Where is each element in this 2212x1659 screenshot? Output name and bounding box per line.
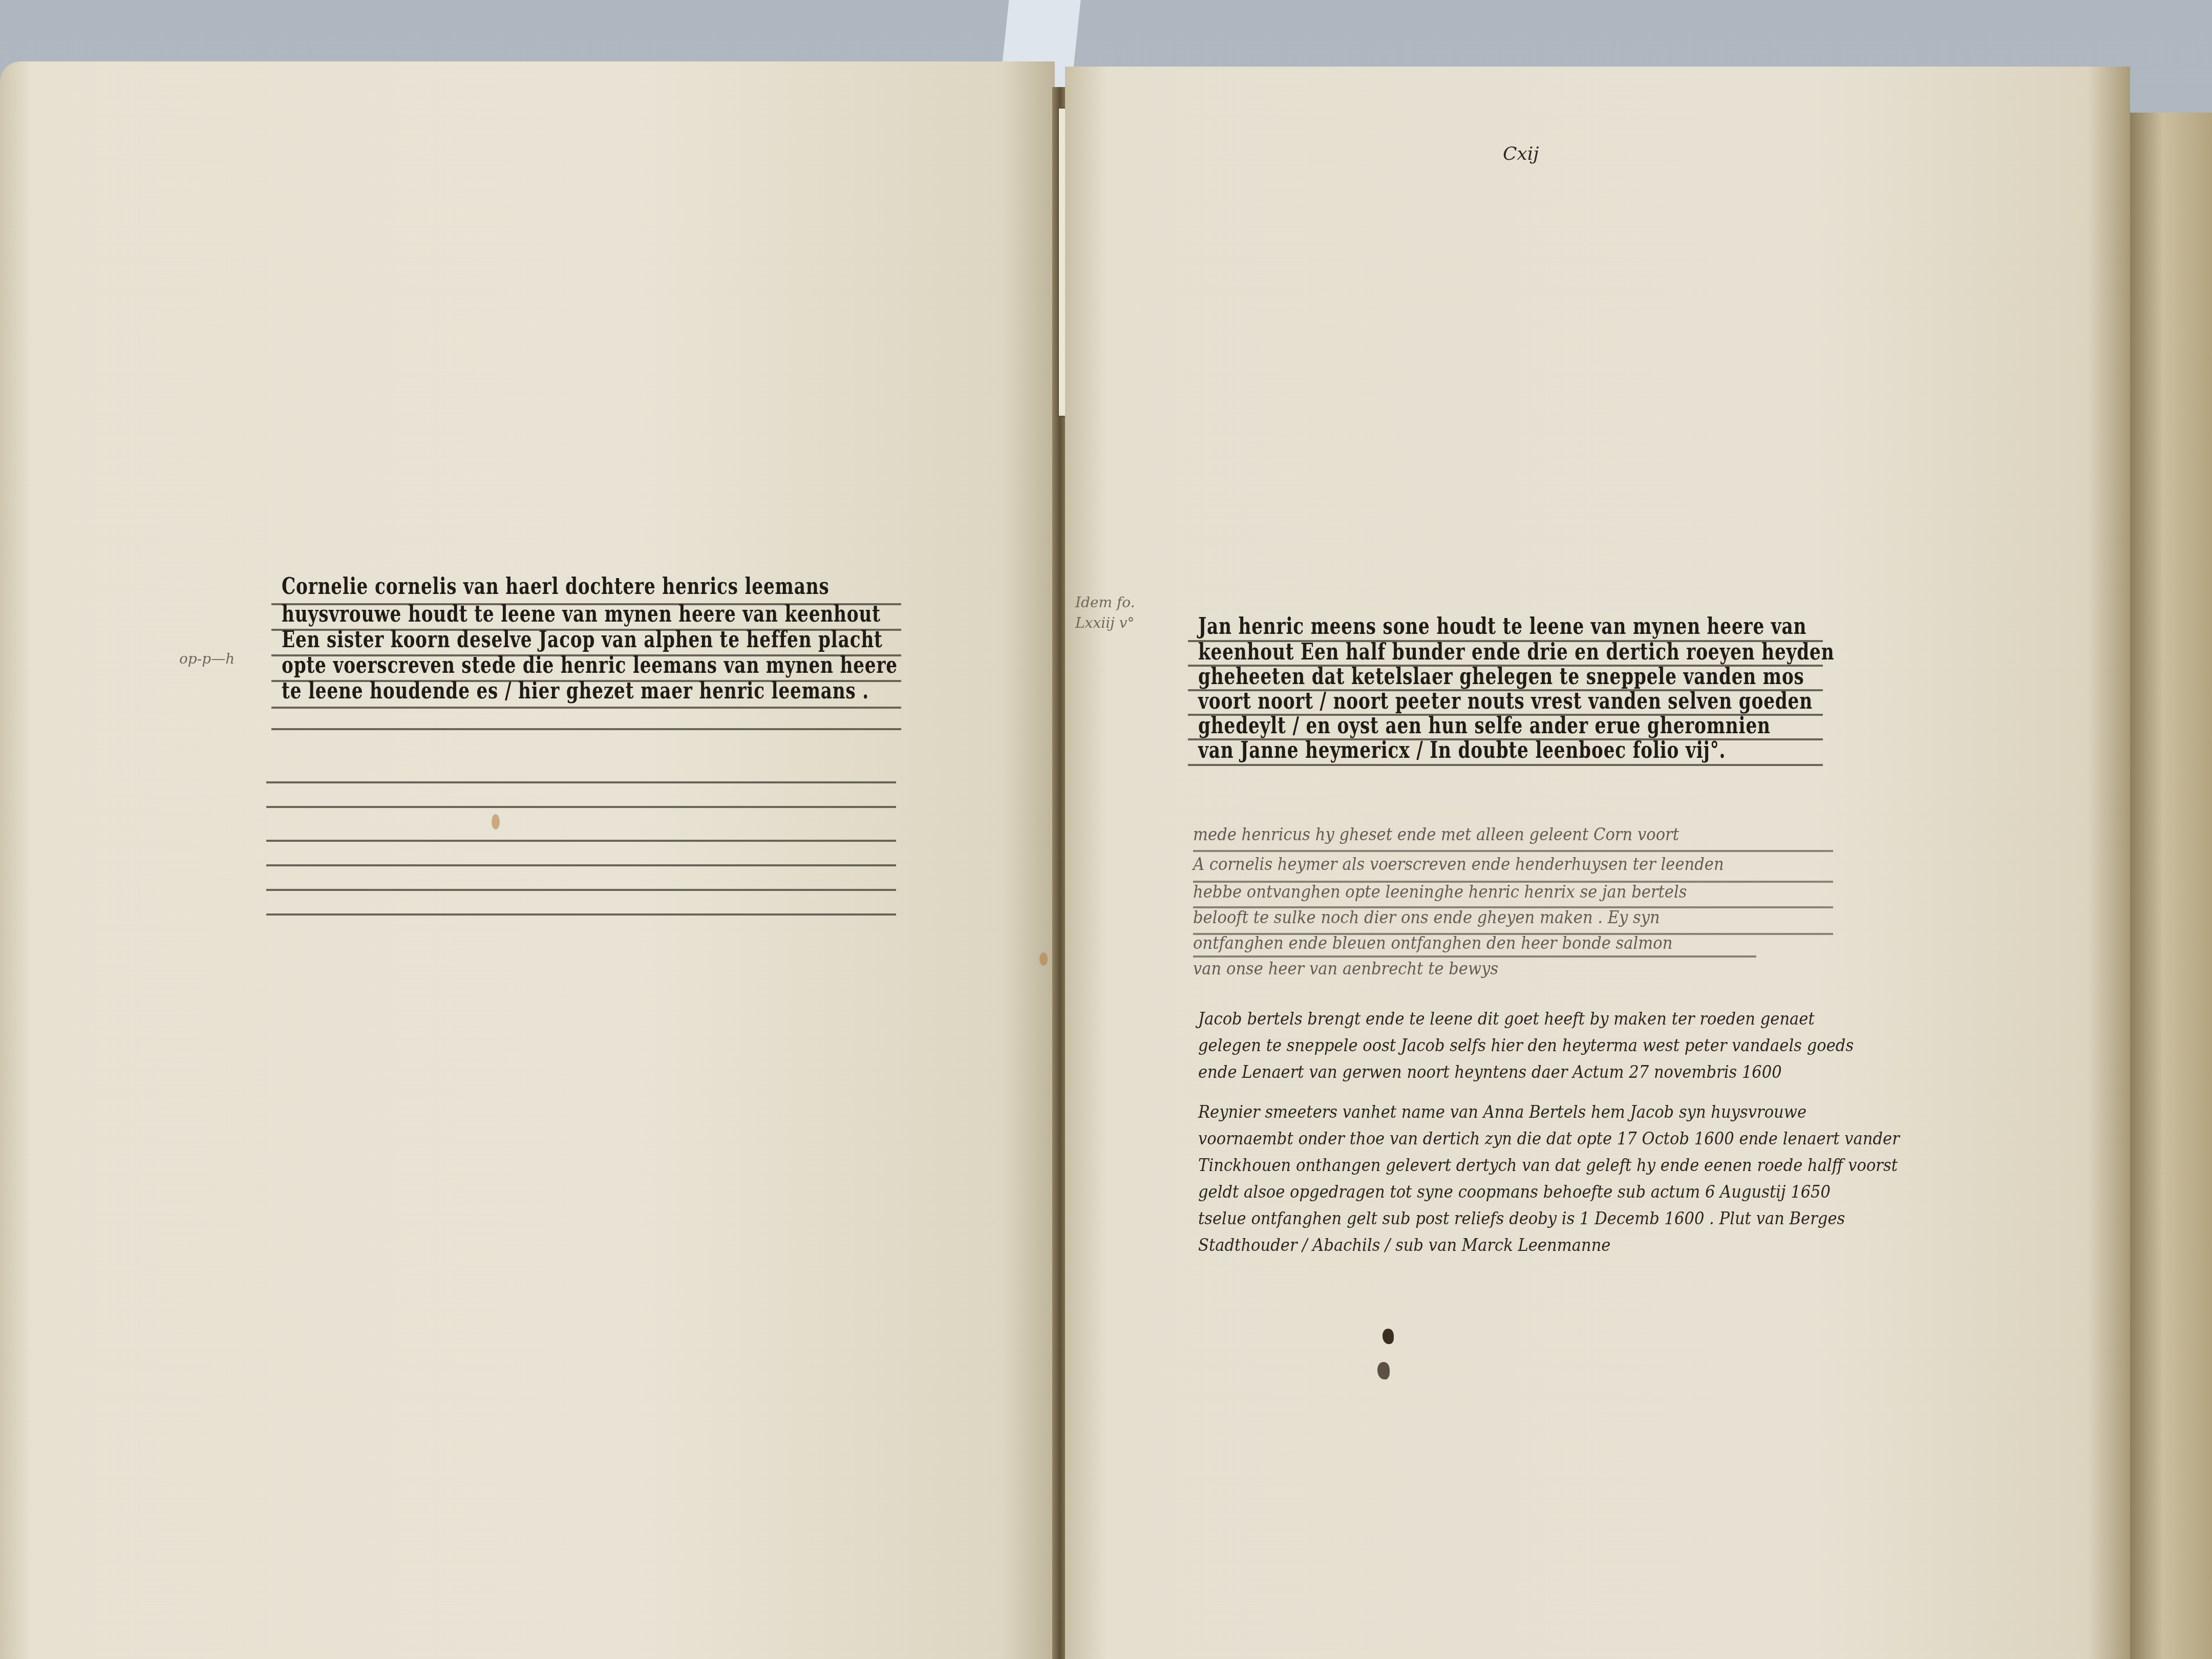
rust-stain (1039, 952, 1048, 966)
right-margin-note-2: Lxxiij v° (1075, 614, 1135, 631)
left-page: op-p—h Cornelie cornelis van haerl docht… (0, 61, 1055, 1659)
later-entry-line-1: Jacob bertels brengt ende te leene dit g… (1198, 1009, 1815, 1029)
left-entry-line-3: Een sister koorn deselve Jacop van alphe… (282, 627, 883, 653)
right-entry-line-5: ghedeylt / en oyst aen hun selfe ander e… (1198, 713, 1771, 739)
right-entry-line-1: Jan henric meens sone houdt te leene van… (1198, 613, 1806, 640)
annotation-line-6: van onse heer van aenbrecht te bewys (1193, 959, 1498, 979)
later-entry-line-2: gelegen te sneppele oost Jacob selfs hie… (1198, 1035, 1854, 1056)
annotation-line-1: mede henricus hy gheset ende met alleen … (1193, 824, 1679, 845)
later-entry-line-5: voornaembt onder thoe van dertich zyn di… (1198, 1129, 1900, 1149)
ink-spot (1377, 1362, 1390, 1379)
annotation-line-4: belooft te sulke noch dier ons ende ghey… (1193, 907, 1660, 928)
later-entry-line-9: Stadthouder / Abachils / sub van Marck L… (1198, 1235, 1610, 1256)
left-entry-line-2: huysvrouwe houdt te leene van mynen heer… (282, 601, 881, 627)
right-margin-note-1: Idem fo. (1075, 594, 1135, 611)
annotation-line-2: A cornelis heymer als voerscreven ende h… (1193, 854, 1724, 875)
later-entry-line-8: tselue ontfanghen gelt sub post reliefs … (1198, 1208, 1845, 1229)
page-fore-edge (2130, 113, 2212, 1659)
right-entry-line-3: gheheeten dat ketelslaer ghelegen te sne… (1198, 664, 1804, 690)
right-entry-line-6: van Janne heymericx / In doubte leenboec… (1198, 737, 1726, 763)
later-entry-line-4: Reynier smeeters vanhet name van Anna Be… (1198, 1102, 1806, 1122)
right-page: Cxij Idem fo. Lxxiij v° Jan henric meens… (1065, 67, 2130, 1659)
left-entry-line-5: te leene houdende es / hier ghezet maer … (282, 678, 869, 704)
later-entry-line-3: ende Lenaert van gerwen noort heyntens d… (1198, 1062, 1782, 1082)
right-entry-line-2: keenhout Een half bunder ende drie en de… (1198, 639, 1834, 665)
annotation-line-5: ontfanghen ende bleuen ontfanghen den he… (1193, 933, 1673, 953)
annotation-line-3: hebbe ontvanghen opte leeninghe henric h… (1193, 882, 1687, 902)
left-entry-line-1: Cornelie cornelis van haerl dochtere hen… (282, 573, 829, 600)
ink-spot (1382, 1329, 1394, 1344)
rust-stain (492, 814, 500, 829)
folio-number: Cxij (1503, 143, 1539, 164)
left-margin-note: op-p—h (179, 650, 235, 667)
later-entry-line-6: Tinckhouen onthangen gelevert dertych va… (1198, 1155, 1898, 1176)
right-entry-line-4: voort noort / noort peeter nouts vrest v… (1198, 688, 1813, 714)
left-entry-line-4: opte voerscreven stede die henric leeman… (282, 652, 898, 678)
later-entry-line-7: geldt alsoe opgedragen tot syne coopmans… (1198, 1182, 1831, 1202)
